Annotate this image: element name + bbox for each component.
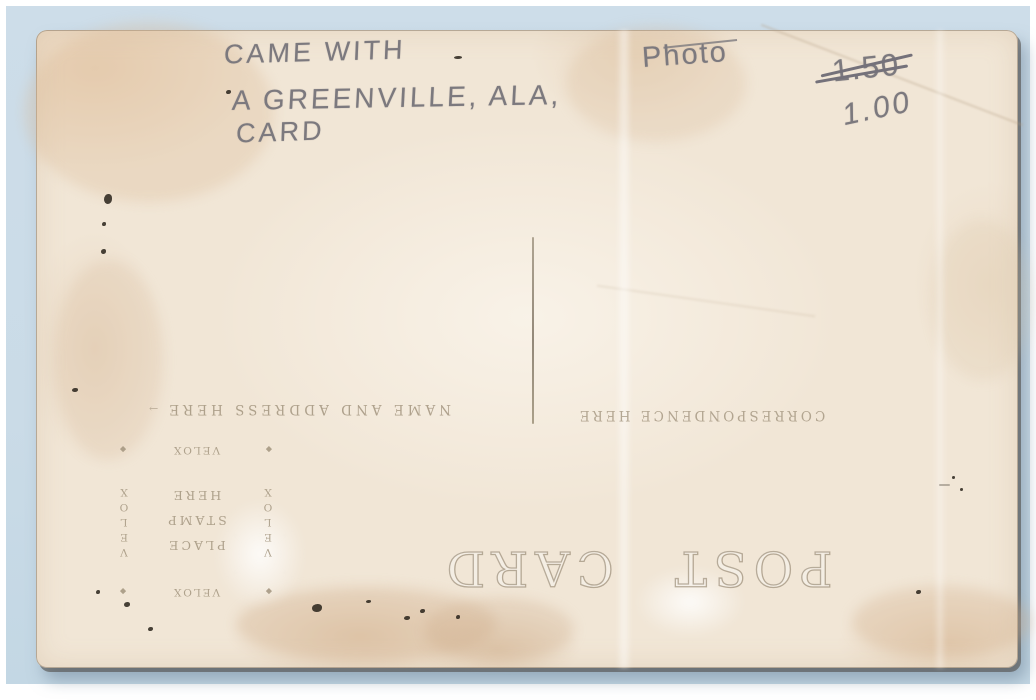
diamond-icon: ◆ [266, 446, 272, 455]
diamond-icon: ◆ [120, 446, 126, 455]
stamp-box-border-right: VELOX [118, 456, 130, 586]
diamond-icon: ◆ [266, 588, 272, 597]
paper-speck [226, 90, 231, 94]
stamp-box-line1: PLACE [165, 534, 226, 559]
paper-speck [952, 476, 955, 479]
paper-seam [934, 30, 946, 668]
paper-speck [454, 56, 462, 59]
paper-speck [312, 604, 322, 612]
paper-speck [102, 222, 106, 226]
paper-speck [916, 590, 921, 594]
handwritten-note-line2: A GREENVILLE, ALA, [231, 79, 562, 117]
stamp-box-border-left: VELOX [262, 456, 274, 586]
velox-word: VELOX [262, 484, 274, 559]
paper-speck [960, 488, 963, 491]
stamp-box-border-bottom: ◆ VELOX ◆ [118, 444, 274, 456]
handwritten-photo-label: Photo [641, 36, 729, 75]
post-card-title: POST CARD [403, 534, 869, 596]
paper-speck [96, 590, 100, 594]
crossed-out-price: 1.50 [830, 47, 902, 90]
paper-speck [72, 388, 78, 392]
paper-speck [104, 194, 112, 204]
paper-speck [101, 249, 106, 254]
paper-stain [932, 220, 1032, 380]
arrow-ornament-icon: → [149, 402, 158, 415]
paper-stain [54, 260, 164, 460]
scanned-photo: CAME WITH A GREENVILLE, ALA, CARD Photo … [0, 0, 1036, 700]
stamp-box-line2: STAMP [165, 509, 226, 534]
velox-word: VELOX [172, 444, 220, 456]
velox-word: VELOX [118, 484, 130, 559]
paper-stain [424, 598, 574, 662]
paper-speck [420, 609, 425, 613]
correspondence-label: CORRESPONDENCE HERE [548, 407, 854, 423]
velox-word: VELOX [172, 586, 220, 598]
paper-crease [597, 285, 815, 318]
paper-speck [404, 616, 410, 620]
handwritten-note-line1: CAME WITH [223, 34, 406, 70]
scan-mat-background: CAME WITH A GREENVILLE, ALA, CARD Photo … [6, 6, 1030, 684]
pencil-dash [939, 484, 950, 486]
paper-speck [366, 600, 371, 603]
paper-speck [148, 627, 153, 631]
stamp-box-border-top: ◆ VELOX ◆ [118, 586, 274, 598]
address-divider-line [532, 237, 534, 424]
handwritten-note-line3: CARD [235, 115, 325, 149]
name-address-text: NAME AND ADDRESS HERE [165, 401, 451, 417]
paper-speck [124, 602, 130, 607]
paper-speck [456, 615, 460, 619]
name-address-label: NAME AND ADDRESS HERE→ [130, 401, 470, 417]
stamp-box-center-text: PLACE STAMP HERE [165, 484, 226, 559]
stamp-box-line3: HERE [165, 484, 226, 509]
paper-stain [236, 586, 496, 662]
postcard-back: CAME WITH A GREENVILLE, ALA, CARD Photo … [36, 30, 1018, 668]
diamond-icon: ◆ [120, 588, 126, 597]
paper-stain [852, 586, 1032, 658]
stamp-box: ◆ VELOX ◆ VELOX PLACE STAMP HERE VELOX [118, 444, 274, 598]
revised-price: 1.00 [839, 85, 915, 133]
